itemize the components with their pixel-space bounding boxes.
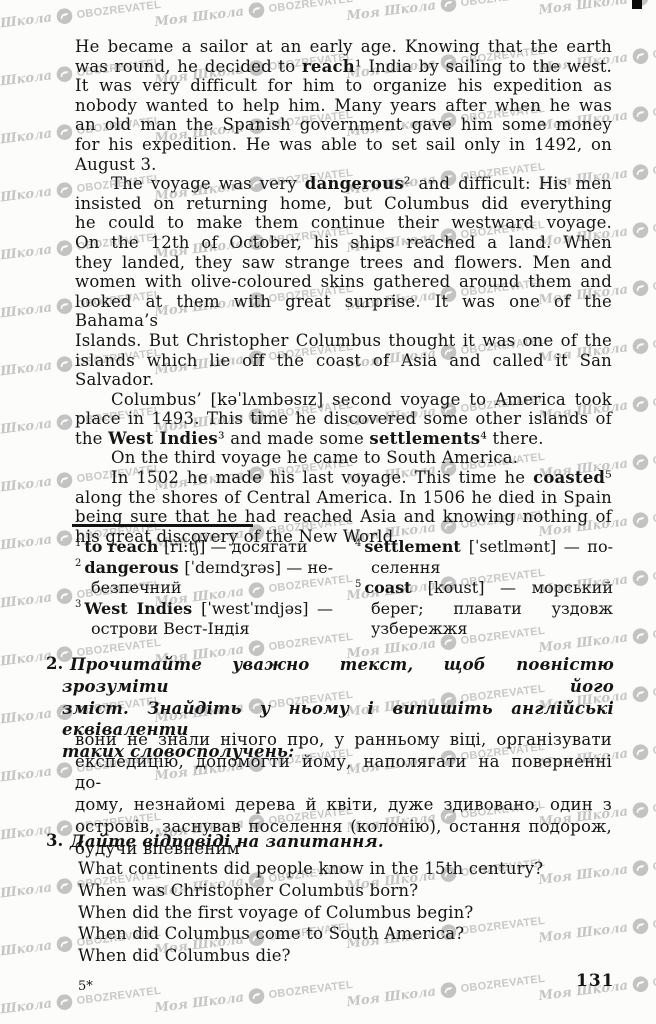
text-line: It was very difficult for him to organiz… <box>75 76 612 96</box>
footnotes: 1to reach [ri:tʃ] — досягати2dangerous [… <box>75 537 614 640</box>
text-line: for his expedition. He was able to set s… <box>75 135 612 155</box>
text-line: Islands. But Christopher Columbus though… <box>75 331 612 351</box>
text-line: was round, he decided to reach¹ India by… <box>75 57 612 77</box>
text-line: looked at them with great surprise. It w… <box>75 292 612 331</box>
exercise-3-questions: What continents did people know in the 1… <box>78 858 612 967</box>
question-line: When did Columbus come to South America? <box>78 923 612 945</box>
text-line: women with olive-coloured skins gathered… <box>75 272 612 292</box>
text-line: The voyage was very dangerous² and diffi… <box>75 174 612 194</box>
exercise-3-heading: Дайте відповіді на запитання. <box>62 831 614 853</box>
footnotes-right-column: 4settlement [ˈsetlmənt] — по­селення5coa… <box>355 537 613 640</box>
scanned-page: He became a sailor at an early age. Know… <box>0 0 656 1024</box>
text-line: insisted on returning home, but Columbus… <box>75 194 612 214</box>
text-line: they landed, they saw strange trees and … <box>75 253 612 273</box>
footnote-separator <box>72 524 253 527</box>
question-line: When did Columbus die? <box>78 945 612 967</box>
text-line: he could to make them continue their wes… <box>75 213 612 233</box>
footnote-entry: 3West Indies [ˈwestˈɪndjəs] — острови Ве… <box>75 599 333 640</box>
footnote-entry: 2dangerous [ˈdeɪndʒrəs] — не­безпечний <box>75 558 333 599</box>
text-line: place in 1493. This time he discovered s… <box>75 409 612 429</box>
text-line: Salvador. <box>75 370 612 390</box>
signature-mark: 5* <box>78 979 93 994</box>
footnote-entry: 1to reach [ri:tʃ] — досягати <box>75 537 333 558</box>
text-line: In 1502 he made his last voyage. This ti… <box>75 468 612 488</box>
exercise-2-number: 2. <box>46 654 63 673</box>
text-line: Columbus’ [kəˈlʌmbəsɪz] second voyage to… <box>75 390 612 410</box>
text-line: He became a sailor at an early age. Know… <box>75 37 612 57</box>
text-line: Дайте відповіді на запитання. <box>62 831 614 853</box>
reading-text: He became a sailor at an early age. Know… <box>75 37 612 546</box>
text-line: August 3. <box>75 155 612 175</box>
question-line: When did the first voyage of Columbus be… <box>78 902 612 924</box>
footnote-entry: 5coast [koust] — морський берег; плавати… <box>355 578 613 640</box>
text-line: On the 12th of October, his ships reache… <box>75 233 612 253</box>
question-line: When was Christopher Columbus born? <box>78 880 612 902</box>
text-line: дому, незнайомі дерева й квіти, дуже зди… <box>75 794 612 816</box>
text-line: an old man the Spanish government gave h… <box>75 115 612 135</box>
text-line: On the third voyage he came to South Ame… <box>75 448 612 468</box>
text-line: nobody wanted to help him. Many years af… <box>75 96 612 116</box>
text-line: the West Indies³ and made some settlemen… <box>75 429 612 449</box>
text-line: islands which lie off the coast of Asia … <box>75 351 612 371</box>
text-line: along the shores of Central America. In … <box>75 488 612 508</box>
text-line: експедицію, допомогти йому, наполягати н… <box>75 751 612 794</box>
text-line: Прочитайте уважно текст, щоб повністю зр… <box>62 654 614 698</box>
question-line: What continents did people know in the 1… <box>78 858 612 880</box>
footnotes-left-column: 1to reach [ri:tʃ] — досягати2dangerous [… <box>75 537 333 640</box>
footnote-entry: 4settlement [ˈsetlmənt] — по­селення <box>355 537 613 578</box>
exercise-3: 3. Дайте відповіді на запитання. <box>62 831 614 853</box>
page-number: 131 <box>576 971 615 991</box>
exercise-3-number: 3. <box>46 831 63 850</box>
text-line: вони не знали нічого про, у ранньому віц… <box>75 729 612 751</box>
scan-artifact <box>632 0 642 9</box>
